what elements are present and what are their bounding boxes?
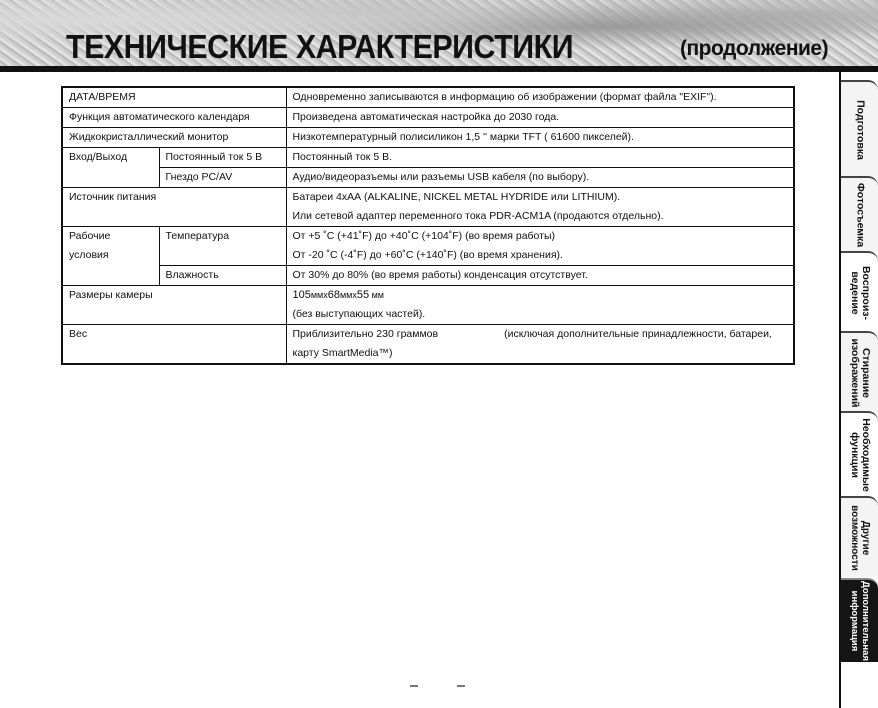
tab-playback[interactable]: Воспроиз- ведение [841, 251, 878, 332]
page-mark-right [457, 685, 465, 687]
dim-unit: мм [340, 290, 352, 300]
tab-label: Подготовка [854, 100, 865, 160]
spec-label: ДАТА/ВРЕМЯ [62, 87, 286, 108]
dim-unit: мм [369, 290, 384, 300]
spec-sublabel: Влажность [159, 266, 286, 286]
header-rule [0, 66, 878, 72]
spec-label: Источник питания [62, 188, 286, 227]
tab-other-features[interactable]: Другие возможности [841, 496, 878, 577]
spec-label: Рабочие условия [62, 227, 159, 286]
tab-label: Стирание изображений [849, 338, 871, 407]
spec-value: Или сетевой адаптер переменного тока PDR… [286, 207, 794, 227]
spec-value: От 30% до 80% (во время работы) конденса… [286, 266, 794, 286]
spec-label: Вход/Выход [62, 148, 159, 188]
spec-value: (без выступающих частей). [286, 305, 794, 325]
table-row: Источник питания Батареи 4хАА (ALKALINE,… [62, 188, 794, 208]
spec-sublabel: Гнездо PC/AV [159, 168, 286, 188]
table-row: Вход/Выход Постоянный ток 5 В Постоянный… [62, 148, 794, 168]
table-row: Рабочие условия Температура От +5 ˚С (+4… [62, 227, 794, 247]
title-subtitle: (продолжение) [680, 37, 828, 61]
tab-label: Дополнительная информация [849, 581, 871, 661]
table-row: Вес Приблизительно 230 граммов(исключая … [62, 325, 794, 365]
spec-value: От +5 ˚С (+41˚F) до +40˚С (+104˚F) (во в… [286, 227, 794, 247]
spec-value: Постоянный ток 5 В. [286, 148, 794, 168]
spec-value: Низкотемпературный полисиликон 1,5 '' ма… [286, 128, 794, 148]
spec-sublabel: Постоянный ток 5 В [159, 148, 286, 168]
dim-unit: мм [311, 290, 323, 300]
specifications-table: ДАТА/ВРЕМЯ Одновременно записываются в и… [61, 86, 795, 365]
tab-label: Воспроиз- ведение [849, 265, 871, 319]
dim-height: 68 [328, 289, 340, 301]
table-row: Жидкокристаллический монитор Низкотемпер… [62, 128, 794, 148]
tab-preparation[interactable]: Подготовка [841, 80, 878, 177]
weight-value: Приблизительно 230 граммов [293, 328, 439, 340]
table-row: Функция автоматического календаря Произв… [62, 108, 794, 128]
table-row: ДАТА/ВРЕМЯ Одновременно записываются в и… [62, 87, 794, 108]
tab-label: Необходимые функции [849, 418, 871, 492]
tab-essential-functions[interactable]: Необходимые функции [841, 411, 878, 497]
page-header: ТЕХНИЧЕСКИЕ ХАРАКТЕРИСТИКИ (продолжение) [0, 0, 878, 66]
spec-value-dimensions: 105ммx68ммx55 мм [286, 286, 794, 306]
title-main: ТЕХНИЧЕСКИЕ ХАРАКТЕРИСТИКИ [66, 28, 573, 66]
spec-value-weight: Приблизительно 230 граммов(исключая допо… [286, 325, 794, 365]
spec-label: Функция автоматического календаря [62, 108, 286, 128]
tab-shooting[interactable]: Фотосъемка [841, 176, 878, 252]
table-row: Влажность От 30% до 80% (во время работы… [62, 266, 794, 286]
spec-value: Батареи 4хАА (ALKALINE, NICKEL METAL HYD… [286, 188, 794, 208]
tab-erasing-images[interactable]: Стирание изображений [841, 331, 878, 412]
page-mark-left [410, 685, 418, 687]
tab-label: Другие возможности [849, 505, 871, 571]
tab-label: Фотосъемка [854, 183, 865, 247]
spec-sublabel: Температура [159, 227, 286, 266]
spec-value: Произведена автоматическая настройка до … [286, 108, 794, 128]
spec-label: Вес [62, 325, 286, 365]
dim-width: 105 [293, 289, 311, 301]
dim-depth: 55 [357, 289, 369, 301]
spec-label: Размеры камеры [62, 286, 286, 325]
spec-value: От -20 ˚С (-4˚F) до +60˚С (+140˚F) (во в… [286, 246, 794, 266]
spec-value: Одновременно записываются в информацию о… [286, 87, 794, 108]
tab-additional-information[interactable]: Дополнительная информация [841, 578, 878, 662]
spec-label: Жидкокристаллический монитор [62, 128, 286, 148]
table-row: Размеры камеры 105ммx68ммx55 мм [62, 286, 794, 306]
spec-value: Аудио/видеоразъемы или разъемы USB кабел… [286, 168, 794, 188]
table-row: Гнездо PC/AV Аудио/видеоразъемы или разъ… [62, 168, 794, 188]
page-title: ТЕХНИЧЕСКИЕ ХАРАКТЕРИСТИКИ (продолжение) [66, 28, 617, 66]
